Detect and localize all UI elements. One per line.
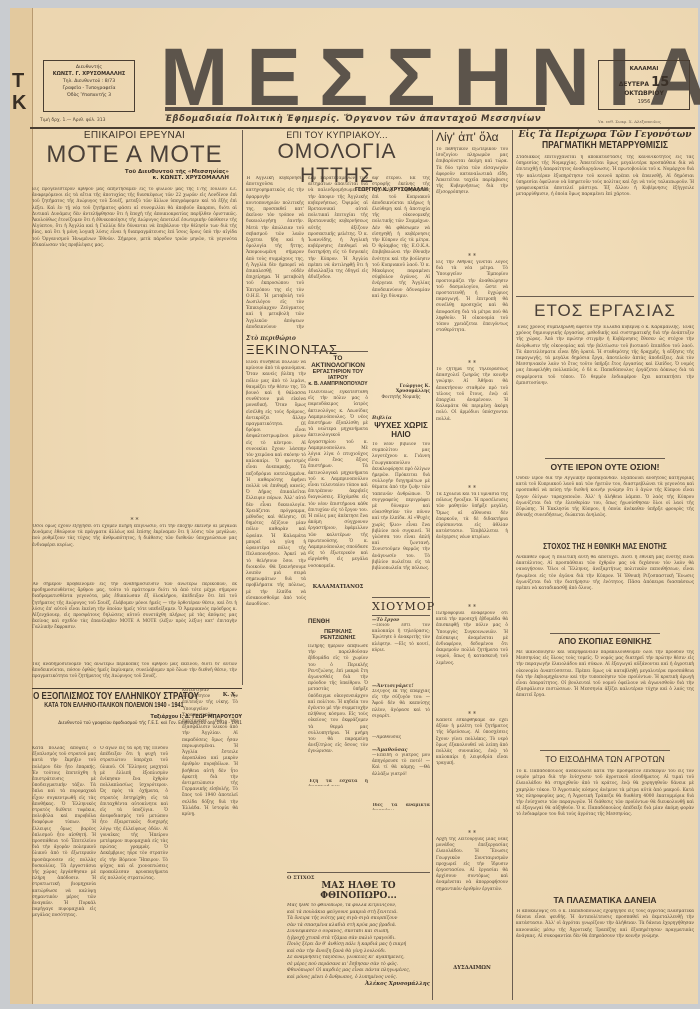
office-address: Ὁδὸς Ὑπαπαντῆς 3 [44, 92, 134, 99]
article-subheadline: ΚΑΤΑ ΤΟΝ ΕΛΛΗΝΟ-ΙΤΑΛΙΚΟΝ ΠΟΛΕΜΟΝ 1940 - … [32, 702, 196, 709]
article-headline: ΤΟ ΑΚΤΙΝΟΛΟΓΙΚΟΝ [308, 355, 368, 369]
article-mote-a-mote: ΕΠΙΚΑΙΡΟΙ ΕΡΕΥΝΑΙ ΜΟΤΕ Α ΜΟΤΕ Τοῦ Διευθυ… [32, 130, 237, 698]
article-psyxes-xoris-ilio: Βιβλία ΨΥΧΕΣ ΧΩΡΙΣ ΗΛΙΟ Τὸ νέον βιβλίον … [372, 415, 430, 590]
masthead-rule [30, 127, 695, 129]
article-kicker: ΕΠΙΚΑΙΡΟΙ ΕΡΕΥΝΑΙ [32, 130, 237, 141]
publisher-info-box: Διευθυντής ΚΩΝΣΤ. Γ. ΧΡΥΣΟΜΑΛΛΗΣ Τηλ. Δι… [43, 60, 135, 112]
poem-author: Ἀλέκος Χρυσομάλλης [287, 981, 430, 987]
article-etos-ergasias: ΕΤΟΣ ΕΡΓΑΣΙΑΣ Ἕνας χρόνος συμπληρώθη ἀφό… [516, 296, 694, 460]
date-box: ΚΑΛΑΜΑΙ ΔΕΥΤΕΡΑ 15 ΟΚΤΩΒΡΙΟΥ 1956 [598, 60, 690, 110]
article-xioumor: ΧΙΟΥΜΟΡ —Τὸ ἔργον —Ποιοῦ ἐστὶ τὸν καλοκα… [372, 597, 430, 810]
article-body: Τελευταίως ἐγκατεστάθη εἰς τὴν πόλιν μας… [308, 390, 368, 580]
article-headline: ΑΠΟ ΣΚΟΠΙΑΣ ΕΘΝΙΚΗΣ [550, 633, 660, 646]
year: 1956 [599, 99, 689, 105]
article-aktinologiko: ΤΟ ΑΚΤΙΝΟΛΟΓΙΚΟΝ ΕΡΓΑΣΤΗΡΙΟΝ ΤΟΥ ΙΑΤΡΟΥ … [308, 351, 368, 590]
article-oute-ieron: ΟΥΤΕ ΙΕΡΟΝ ΟΥΤΕ ΟΣΙΟΝ! Οὐδὲν ἱερὸν διὰ τ… [516, 458, 694, 548]
article-body: Ἂν σήμερον προβαίνομεν εἰς τὴν ἀναδημοσί… [32, 582, 237, 662]
article-paragraph: Πληροφορίαι ἀναφέρουν ὅτι κατὰ τὴν προσε… [436, 611, 508, 711]
article-body: Τὸ κ. Παπαδόπουλος ἀνεκοίνωσε κατὰ τὴν π… [516, 769, 694, 881]
article-stixos: Ο ΣΤΙΧΟΣ ΜΑΣ ΗΛΘΕ ΤΟ ΦΘΙΝΟΠΩΡΟ... Μᾶς ἦλ… [287, 872, 430, 987]
article-headline: ΨΥΧΕΣ ΧΩΡΙΣ ΗΛΙΟ [372, 421, 430, 439]
article-lig-ap-ola: Λίγ' ἀπ' ὅλα Τὸ παθητικὸν ἐξωτερικὸν τοῦ… [436, 130, 508, 971]
article-body: Εἰς προγενέστερον ἄρθρον μας ἀπηντήσαμεν… [32, 187, 237, 517]
newspaper-title: ΜΕΣΣΗΝΙΑ [160, 38, 550, 118]
article-stochos: ΣΤΟΧΟΣ ΤΗΣ Η ΕΘΝΙΚΗ ΜΑΣ ΕΝΟΤΗΣ Ἀνέκαθεν … [516, 542, 694, 607]
joke-body: Σύζυγος ἐκ τῆς ἐπαρχίας εἰς τὴν σύζυγόν … [372, 689, 430, 735]
article-headline: ΕΡΓΑΣΤΗΡΙΟΝ ΤΟΥ ΙΑΤΡΟΥ [308, 369, 368, 381]
joke-body: —Ἐπειδὴ ὁ γιατρός μοῦ ἀπηγόρευσε τὸ ποτό… [372, 753, 430, 803]
column-rule [242, 130, 243, 685]
city: ΚΑΛΑΜΑΙ [599, 66, 689, 72]
article-plasmatika-daneia: ΤΑ ΠΛΑΣΜΑΤΙΚΑ ΔΑΝΕΙΑ Ἡ ἀποκάλυψις ὅτι ὁ … [516, 895, 694, 971]
omologia-col-3: ἀφ' ἑτέρου. Ἐκ τῆς στροφῆς ἐκείνης τῆς Ἀ… [372, 176, 430, 399]
title-rule [165, 107, 545, 111]
article-body: ελφ παρατεταμένων τῶν αἰτημάτων ἀπαιτεῖτ… [308, 176, 368, 331]
director-label: Διευθυντής [44, 64, 134, 71]
article-headline: ΜΟΤΕ Α ΜΟΤΕ [32, 141, 237, 169]
article-body: Τὸ νέον βιβλίον τοῦ συμπολίτου μας λογοτ… [372, 442, 430, 590]
article-body: Ἡ ἀποκάλυψις ὅτι ὁ κ. Παπαδόπουλος ἐχορή… [516, 909, 694, 971]
article-paragraph: Τὸ παθητικὸν ἐξωτερικὸν τοῦ ἰσοζυγίου πλ… [436, 147, 508, 253]
weekday: ΔΕΥΤΕΡΑ [619, 81, 649, 88]
article-signature: ΔΥΣΔΑΙΜΩΝ [436, 965, 508, 971]
article-headline: ΠΕΡΙΚΛΗΣ ΡΕΝΤΖΙΩΝΗΣ [308, 629, 368, 641]
article-headline: ΟΥΤΕ ΙΕΡΟΝ ΟΥΤΕ ΟΣΙΟΝ! [545, 458, 665, 472]
director-name: ΚΩΝΣΤ. Γ. ΧΡΥΣΟΜΑΛΛΗΣ [44, 71, 134, 78]
article-headline: Λίγ' ἀπ' ὅλα [436, 130, 508, 144]
poem-stanza: Συννέφιασεν ὁ οὐρανός, σκοτάδι καὶ σιωπή… [287, 929, 430, 955]
article-body: Κατὰ πολλὰς ἀπόψεις ὁ ἐξοπλισμὸς τοῦ στρ… [32, 746, 96, 1001]
article-pragmatiki-metarrythmisis: Εἰς Τὰ Περίχωρα Τῶν Γεγονότων ΠΡΑΓΜΑΤΙΚΗ… [516, 130, 694, 283]
section-label: Στὸ περιθώριο [246, 335, 306, 342]
separator-stars: * * [436, 360, 508, 367]
separator-stars: * * [436, 485, 508, 492]
article-headline: ΤΑ ΠΛΑΣΜΑΤΙΚΑ ΔΑΝΕΙΑ [550, 895, 660, 905]
column-rule [432, 130, 433, 1000]
article-body: Ἡ Ἀγγλικὴ κυβέρνησις ἀποτυχοῦσα κατηγορη… [246, 176, 304, 331]
article-headline: ΕΤΟΣ ΕΡΓΑΣΙΑΣ [516, 301, 694, 321]
article-paragraph: Ἀρχὴ τῆς λειτουργίας μιᾶς νέας μονάδος ἐ… [436, 837, 508, 965]
article-headline: ΜΑΣ ΗΛΘΕ ΤΟ ΦΘΙΝΟΠΩΡΟ... [287, 881, 430, 901]
office-label: Γραφεῖα - Τυπογραφεῖα [44, 85, 134, 92]
article-body: Ὁ ἀγὼν εἰς τὰ ὄρη τῆς Πίνδου ἀπέδειξεν ὅ… [100, 746, 168, 1001]
article-paragraph: Εἰς τὴν Ἀθήνας γίνεται λόγος διὰ τὰ νέα … [436, 260, 508, 360]
article-headline: κ. Β. ΛΑΜΠΡΙΝΟΠΟΥΛΟΥ [308, 381, 368, 387]
joke-body: —Ποιοῦ ἐστὶ τὸν καλοκαίρι ἡ τηλεόρασις; … [372, 623, 430, 683]
article-headline: ΞΕΚΙΝΟΝΤΑΣ [246, 342, 306, 357]
signature-title: Φοιτητὴς Νομικῆς [372, 394, 430, 399]
day-number: 15 [651, 75, 669, 90]
article-paragraph: Κάποτε ἐσκεφθήκαμε ἂν ἔχει ἀξίαν ἡ μελέτ… [436, 718, 508, 830]
article-paragraph: Τὰ Σχολεῖα καὶ τὰ Γυμνάσια τῆς πόλεως ἤν… [436, 492, 508, 604]
article-body: ἀφ' ἑτέρου. Ἐκ τῆς στροφῆς ἐκείνης τῆς Ἀ… [372, 176, 430, 384]
price-line: Τιμὴ δρχ. 1.— Ἀριθ. φύλ. 313 [40, 118, 140, 123]
article-headline: ΣΤΟΧΟΣ ΤΗΣ Η ΕΘΝΙΚΗ ΜΑΣ ΕΝΟΤΗΣ [529, 542, 680, 551]
article-body: Κατέστησαν ἀπαραίτητον τὴν ἐπίτευξιν τῆς… [182, 688, 238, 1001]
newspaper-subtitle: Ἑβδομαδιαία Πολιτικὴ Ἐφημερίς. Ὄργανον τ… [165, 114, 550, 124]
separator-stars: * * [436, 711, 508, 718]
article-tagline: Ἔζη τὰ ἔσχατα ἡ ἀναπνοή του [308, 779, 368, 786]
article-body: Ἕνας χρόνος συμπληρώθη ἀφότου τὴν Ἑλλάδα… [516, 325, 694, 460]
separator-stars: * * [436, 604, 508, 611]
dateline: Υπ. ευθ. Σωκρ. Χ. Αλεξοπουλος [598, 119, 693, 124]
poem-stanza: Μᾶς ἦλθε τὸ φθινόπωρο, τὰ φύλλα κιτρινίζ… [287, 903, 430, 929]
director-phone: Τηλ. Διευθυντοῦ : 8/73 [44, 78, 134, 85]
article-headline: Ο ΕΞΟΠΛΙΣΜΟΣ ΤΟΥ ΕΛΛΗΝΙΚΟΥ ΣΤΡΑΤΟΥ [32, 691, 200, 702]
issue-date: ΔΕΥΤΕΡΑ 15 ΟΚΤΩΒΡΙΟΥ [599, 75, 689, 97]
section-label: ΠΕΝΘΗ [308, 619, 368, 625]
newspaper-page: Τ Κ Διευθυντής ΚΩΝΣΤ. Γ. ΧΡΥΣΟΜΑΛΛΗΣ Τηλ… [10, 8, 698, 1004]
article-body: Οὐδὲν ἱερὸν διὰ τὴν Ἀγγλικὴν προπαγάνδαν… [516, 476, 694, 548]
article-headline: ΧΙΟΥΜΟΡ [372, 598, 430, 616]
article-body: Σταδιακῶς ἐπιτυγχάνεται ἡ ἀποκατάστασις … [516, 155, 694, 283]
article-kicker: ΕΠΙ ΤΟΥ ΚΥΠΡΙΑΚΟΥ... [246, 130, 428, 140]
article-body: Εἶναι συνήθεια πολλῶν νὰ κρίνουν ἀπὸ τὰ … [246, 360, 306, 605]
article-penthi: ΠΕΝΘΗ ΠΕΡΙΚΛΗΣ ΡΕΝΤΖΙΩΝΗΣ Πλήρης ἡμερῶν … [308, 619, 368, 786]
article-paragraph: Τὸ ζήτημα τῆς τηλεοράσεως ἀπασχολεῖ ζωηρ… [436, 367, 508, 485]
month: ΟΚΤΩΒΡΙΟΥ [624, 90, 664, 97]
article-headline: ΤΟ ΕΙΣΟΔΗΜΑ ΤΩΝ ΑΓΡΟΤΩΝ [540, 750, 670, 764]
separator-stars: * * [436, 830, 508, 837]
article-body: Πλήρης ἡμερῶν ἀπεβίωσε τὴν παρελθοῦσαν ἑ… [308, 644, 368, 779]
article-kicker: Εἰς Τὰ Περίχωρα Τῶν Γεγονότων [516, 130, 694, 140]
adjacent-page-edge: Τ Κ [10, 8, 33, 1004]
article-body: Ἀνέκαθεν ὅμως ἡ πολιτικὴ αὐτὴ θὰ ἀποτύχε… [516, 555, 694, 607]
article-xekinontas: Στὸ περιθώριο ΞΕΚΙΝΟΝΤΑΣ Εἶναι συνήθεια … [246, 335, 306, 605]
article-body: Μὲ ἱκανοποίησιν καὶ ὑπερηφάνειαν παρακολ… [516, 650, 694, 752]
article-headline: ΠΡΑΓΜΑΤΙΚΗ ΜΕΤΑΡΡΥΘΜΙΣΙΣ [529, 140, 680, 151]
article-eisodima-agroton: ΤΟ ΕΙΣΟΔΗΜΑ ΤΩΝ ΑΓΡΟΤΩΝ Τὸ κ. Παπαδόπουλ… [516, 750, 694, 881]
article-signature: ΚΑΛΑΜΑΤΙΑΝΟΣ [308, 584, 368, 590]
joke-footer: Ἰδὲς τὰ ἀνάμικτα ἀναμένω [372, 803, 430, 810]
column-rule [512, 130, 513, 1000]
article-author: κ. ΚΩΝΣΤ. ΧΡΥΣΟΜΑΛΛΗ [32, 175, 237, 181]
article-body: Ὅσοι ὅμως ἔχουν ἐξηγήσει ὅτι ἔχομεν πλήρ… [32, 524, 237, 582]
article-apo-skopias: ΑΠΟ ΣΚΟΠΙΑΣ ΕΘΝΙΚΗΣ Μὲ ἱκανοποίησιν καὶ … [516, 633, 694, 752]
separator-stars: * * [32, 517, 237, 524]
poem-stanza: Σὲ ἀναμνήσεις ταξιδεύω, γλυκειὲς κι' ἀγα… [287, 955, 430, 981]
separator-stars: * * [436, 253, 508, 260]
joke-title: —Ἀμαθοῦσας [372, 735, 430, 747]
article-signature: Γεώργιος Κ. Χρυσομάλλης [372, 384, 430, 394]
